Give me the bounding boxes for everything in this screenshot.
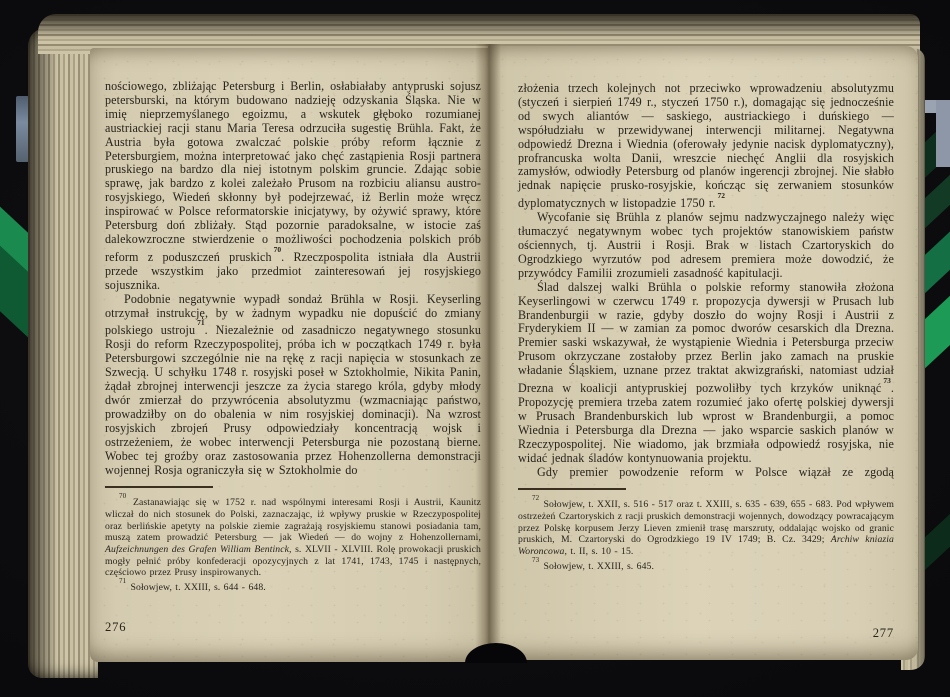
footnote-marker-70: 70: [119, 492, 126, 500]
paragraph: Podobnie negatywnie wypadł sondaż Brühla…: [105, 293, 481, 478]
footnote: 73 Sołowjew, t. XXIII, s. 645.: [518, 558, 894, 573]
footnote: 70 Zastanawiając się w 1752 r. nad wspól…: [105, 494, 481, 578]
footnote-ref-73: 73: [883, 376, 891, 385]
footnote-text: , t. II, s. 10 - 15.: [564, 546, 633, 557]
page-number-left: 276: [105, 620, 126, 635]
open-book: nościowego, zbliżając Petersburg i Berli…: [28, 14, 925, 680]
footnote-separator: [105, 486, 213, 488]
footnote-marker-72: 72: [532, 494, 539, 502]
footnote-text: Zastanawiając się w 1752 r. nad wspólnym…: [105, 498, 481, 544]
right-page-text: złożenia trzech kolejnych not przeciwko …: [518, 82, 894, 572]
footnote: 72 Sołowjew, t. XXII, s. 516 - 517 oraz …: [518, 496, 894, 557]
paragraph: nościowego, zbliżając Petersburg i Berli…: [105, 80, 481, 293]
paragraph: złożenia trzech kolejnych not przeciwko …: [518, 82, 894, 211]
page-number-right: 277: [518, 626, 894, 641]
footnote-marker-73: 73: [532, 556, 539, 564]
footnote-separator: [518, 488, 626, 490]
footnote-ref-71: 71: [197, 318, 205, 327]
paragraph: Wycofanie się Brühla z planów sejmu nadz…: [518, 211, 894, 281]
body-text: złożenia trzech kolejnych not przeciwko …: [518, 81, 894, 210]
footnote-ref-70: 70: [274, 245, 282, 254]
left-page-text: nościowego, zbliżając Petersburg i Berli…: [105, 80, 481, 594]
body-text: nościowego, zbliżając Petersburg i Berli…: [105, 79, 481, 264]
footnote: 71 Sołowjew, t. XXIII, s. 644 - 648.: [105, 579, 481, 594]
stacked-page-edges-left: [28, 28, 98, 678]
footnote-text: Sołowjew, t. XXIII, s. 645.: [540, 561, 654, 572]
footnote-marker-71: 71: [119, 577, 126, 585]
paragraph: Ślad dalszej walki Brühla o polskie refo…: [518, 281, 894, 466]
gray-corner-bracket-vertical: [936, 100, 950, 167]
footnote-italic-title: Aufzeichnungen des Grafen William Bentin…: [105, 544, 289, 555]
paragraph: Gdy premier powodzenie reform w Polsce w…: [518, 466, 894, 480]
body-text: Ślad dalszej walki Brühla o polskie refo…: [518, 280, 894, 395]
body-text: . Niezależnie od zasadniczo negatywnego …: [105, 323, 481, 476]
footnote-text: Sołowjew, t. XXIII, s. 644 - 648.: [127, 582, 266, 593]
footnote-ref-72: 72: [717, 191, 725, 200]
